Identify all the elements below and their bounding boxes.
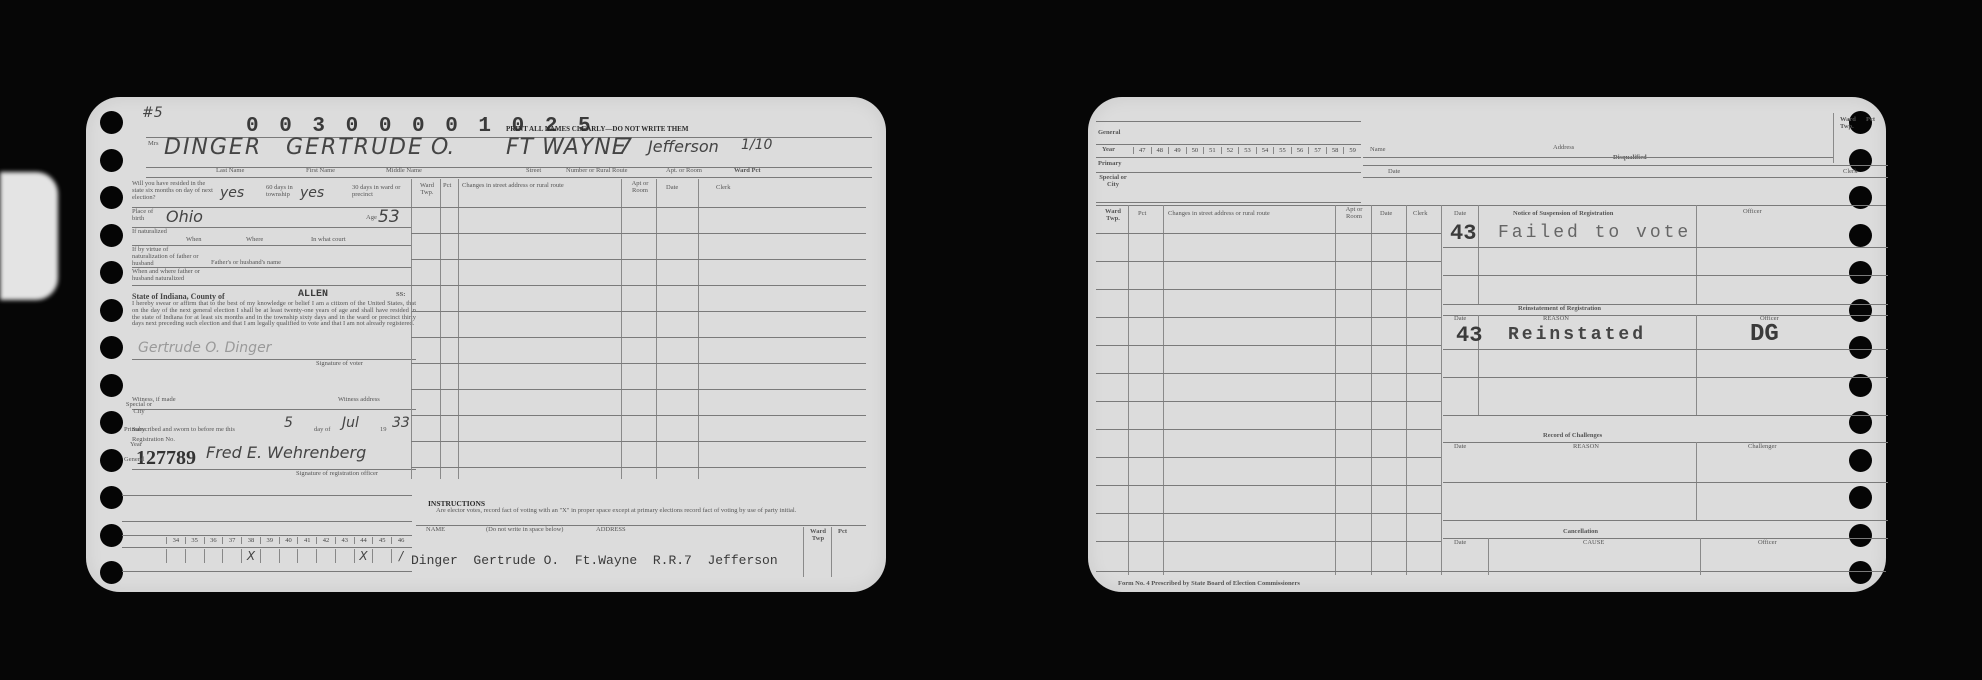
vote-mark <box>335 549 354 563</box>
punch-hole <box>100 374 123 397</box>
header-pct: Pct <box>1138 211 1146 218</box>
year-cell: 50 <box>1186 147 1204 154</box>
label-last-name: Last Name <box>216 168 244 175</box>
label-do-not-write: (Do not write in space below) <box>486 527 563 534</box>
first-name: GERTRUDE <box>286 135 424 160</box>
label-pct: Pct <box>1866 117 1875 124</box>
grid-label-year: Year <box>130 442 142 449</box>
vote-mark <box>279 549 298 563</box>
label-address: ADDRESS <box>596 527 626 534</box>
grid-label-general: General <box>124 457 145 464</box>
punch-holes-left <box>100 111 123 584</box>
reinstatement-heading: Reinstatement of Registration <box>1518 306 1601 313</box>
grid-label-general: General <box>1098 130 1120 137</box>
punch-hole <box>100 524 123 547</box>
label-name: Name <box>1370 147 1386 154</box>
header-apt-room: Apt or Room <box>1340 207 1368 221</box>
vote-mark: X <box>241 549 260 563</box>
punch-hole <box>100 149 123 172</box>
year-cell: 37 <box>222 537 241 544</box>
year-cell: 44 <box>354 537 373 544</box>
vote-mark <box>204 549 223 563</box>
label-signature-voter: Signature of voter <box>316 361 363 368</box>
year-cell: 43 <box>335 537 354 544</box>
label-ward-pct: Ward Pct <box>734 168 761 175</box>
header-ward-twp: Ward Twp. <box>416 183 438 197</box>
punch-hole <box>100 299 123 322</box>
header-clerk: Clerk <box>1413 211 1427 218</box>
back-year-row: 47 48 49 50 51 52 53 54 55 56 57 58 59 <box>1133 147 1361 154</box>
registration-card-front: #5 0 0 3 0 0 0 0 1 0 2 5 PRINT ALL NAMES… <box>86 97 886 592</box>
suspension-date: 43 <box>1450 221 1476 246</box>
year-cell: 45 <box>372 537 391 544</box>
street: FT WAYNE <box>506 135 627 160</box>
year-cell: 40 <box>279 537 298 544</box>
grid-label-special: Special or City <box>124 402 154 416</box>
oath-text: I hereby swear or affirm that to the bes… <box>132 301 416 328</box>
year-cell: 58 <box>1326 147 1344 154</box>
label-father-name: Father's or husband's name <box>211 260 281 267</box>
reinstatement-reason: Reinstated <box>1508 325 1646 345</box>
vote-mark <box>222 549 241 563</box>
vote-mark <box>297 549 316 563</box>
age-value: 53 <box>378 207 400 227</box>
vote-mark: / <box>391 549 410 563</box>
punch-hole <box>1849 561 1872 584</box>
label-ward-twp: Ward Twp. <box>1840 117 1862 131</box>
label-address: Address <box>1553 145 1574 152</box>
label-reinstatement-date: Date <box>1454 316 1466 323</box>
label-challenge-date: Date <box>1454 444 1466 451</box>
year-cell: 52 <box>1221 147 1239 154</box>
instructions-text: Are elector votes, record fact of voting… <box>436 508 856 515</box>
punch-hole <box>100 561 123 584</box>
year-cell: 46 <box>391 537 410 544</box>
typed-name-address: Dinger Gertrude O. Ft.Wayne R.R.7 Jeffer… <box>411 553 778 568</box>
label-witness-address: Witness address <box>338 397 380 404</box>
voter-signature: Gertrude O. Dinger <box>138 340 271 356</box>
front-year-row: 34 35 36 37 38 39 40 41 42 43 44 45 46 <box>166 537 410 544</box>
vote-mark <box>185 549 204 563</box>
label-apt-room: Apt. or Room <box>666 168 702 175</box>
header-date: Date <box>666 185 678 192</box>
label-date: Date <box>1388 169 1400 176</box>
year-cell: 41 <box>297 537 316 544</box>
title-prefix: Mrs <box>148 141 158 148</box>
punch-hole <box>1849 224 1872 247</box>
subscribed-year: 33 <box>392 415 410 431</box>
year-cell: 57 <box>1308 147 1326 154</box>
punch-holes-right <box>1849 111 1872 584</box>
rural-route: 7 <box>618 135 632 160</box>
year-cell: 39 <box>260 537 279 544</box>
label-ward-twp: Ward Twp <box>806 529 830 543</box>
label-day-of: day of <box>314 427 330 434</box>
punch-hole <box>100 261 123 284</box>
header-ward-twp: Ward Twp. <box>1100 209 1126 223</box>
header-clerk: Clerk <box>716 185 730 192</box>
label-subscribed: Subscribed and sworn to before me this <box>132 427 235 434</box>
reinstatement-officer: DG <box>1750 321 1779 348</box>
officer-signature: Fred E. Wehrenberg <box>206 443 366 462</box>
year-cell: 47 <box>1133 147 1151 154</box>
year-cell: 53 <box>1238 147 1256 154</box>
punch-hole <box>100 186 123 209</box>
punch-hole <box>1849 299 1872 322</box>
label-cancellation-cause: CAUSE <box>1583 540 1604 547</box>
days-township-answer: yes <box>300 185 324 201</box>
corner-mark: #5 <box>142 105 163 121</box>
oath-ss: SS: <box>396 292 405 299</box>
label-father-husband: If by virtue of naturalization of father… <box>132 247 202 267</box>
year-cell: 42 <box>316 537 335 544</box>
subscribed-day: 5 <box>284 415 293 431</box>
punch-hole <box>100 486 123 509</box>
label-where: Where <box>246 237 263 244</box>
punch-hole <box>100 111 123 134</box>
form-footer: Form No. 4 Prescribed by State Board of … <box>1118 581 1300 588</box>
header-pct: Pct <box>443 183 451 190</box>
header-changes: Changes in street address or rural route <box>462 183 617 190</box>
label-place-of-birth: Place of birth <box>132 209 162 223</box>
vote-mark <box>316 549 335 563</box>
punch-hole <box>100 336 123 359</box>
label-suspension-date: Date <box>1454 211 1466 218</box>
header-apt-room: Apt or Room <box>626 181 654 195</box>
front-general-row: X X / <box>166 549 410 563</box>
label-suspension-officer: Officer <box>1743 209 1762 216</box>
label-when: When <box>186 237 202 244</box>
label-age: Age <box>366 215 377 222</box>
vote-mark: X <box>354 549 373 563</box>
label-signature-officer: Signature of registration officer <box>296 471 378 478</box>
resided-state-answer: yes <box>220 185 244 201</box>
label-cancellation-date: Date <box>1454 540 1466 547</box>
punch-hole <box>1849 336 1872 359</box>
year-cell: 56 <box>1291 147 1309 154</box>
vote-mark <box>166 549 185 563</box>
reinstatement-date: 43 <box>1456 323 1482 348</box>
punch-hole <box>100 449 123 472</box>
header-date: Date <box>1380 211 1392 218</box>
last-name: DINGER <box>164 135 262 160</box>
year-cell: 51 <box>1203 147 1221 154</box>
label-naturalized: If naturalized <box>132 229 167 236</box>
punch-hole <box>1849 524 1872 547</box>
year-cell: 36 <box>204 537 223 544</box>
suspension-reason: Failed to vote <box>1498 223 1691 243</box>
label-reinstatement-reason: REASON <box>1543 316 1569 323</box>
punch-hole <box>1849 486 1872 509</box>
year-cell: 35 <box>185 537 204 544</box>
oath-county: ALLEN <box>298 289 328 300</box>
label-first-name: First Name <box>306 168 335 175</box>
middle-name: O. <box>431 135 454 160</box>
year-cell: 49 <box>1168 147 1186 154</box>
apt-or-room: Jefferson <box>648 137 719 156</box>
year-cell: 55 <box>1273 147 1291 154</box>
label-challenge-reason: REASON <box>1573 444 1599 451</box>
punch-hole <box>100 224 123 247</box>
label-challenger: Challenger <box>1748 444 1777 451</box>
punch-hole <box>100 411 123 434</box>
label-court: In what court <box>311 237 346 244</box>
year-cell: 54 <box>1256 147 1274 154</box>
scan-artifact <box>0 172 58 300</box>
label-middle-name: Middle Name <box>386 168 422 175</box>
subscribed-month: Jul <box>342 415 359 431</box>
year-cell: 59 <box>1343 147 1361 154</box>
grid-label-primary: Primary <box>124 427 145 434</box>
label-days-ward: 30 days in ward or precinct <box>352 185 407 199</box>
year-cell: 48 <box>1151 147 1169 154</box>
label-year-prefix: 19 <box>380 427 387 434</box>
vote-mark <box>260 549 279 563</box>
year-cell: 34 <box>166 537 185 544</box>
cancellation-heading: Cancellation <box>1563 529 1598 536</box>
label-cancellation-officer: Officer <box>1758 540 1777 547</box>
grid-label-primary: Primary <box>1098 161 1121 168</box>
label-when-where: When and where father or husband natural… <box>132 269 212 283</box>
label-name: NAME <box>426 527 445 534</box>
grid-label-special: Special or City <box>1098 175 1128 189</box>
header-changes: Changes in street address or rural route <box>1168 211 1333 218</box>
suspension-heading: Notice of Suspension of Registration <box>1513 211 1613 218</box>
print-notice: PRINT ALL NAMES CLEARLY—DO NOT WRITE THE… <box>506 125 688 133</box>
challenges-heading: Record of Challenges <box>1543 433 1602 440</box>
label-street: Street <box>526 168 541 175</box>
label-resided-state: Will you have resided in the state six m… <box>132 181 217 201</box>
place-of-birth: Ohio <box>166 207 203 226</box>
label-clerk: Clerk <box>1843 169 1857 176</box>
registration-card-back: General Year Primary Special or City 47 … <box>1088 97 1886 592</box>
grid-label-year: Year <box>1102 147 1115 154</box>
year-cell: 38 <box>241 537 260 544</box>
punch-hole <box>1849 449 1872 472</box>
registration-number: 127789 <box>136 447 196 470</box>
label-pct: Pct <box>838 529 847 536</box>
punch-hole <box>1849 261 1872 284</box>
ward-pct-value: 1/10 <box>741 137 772 153</box>
vote-mark <box>372 549 391 563</box>
label-rural-route: Number or Rural Route <box>566 168 628 175</box>
